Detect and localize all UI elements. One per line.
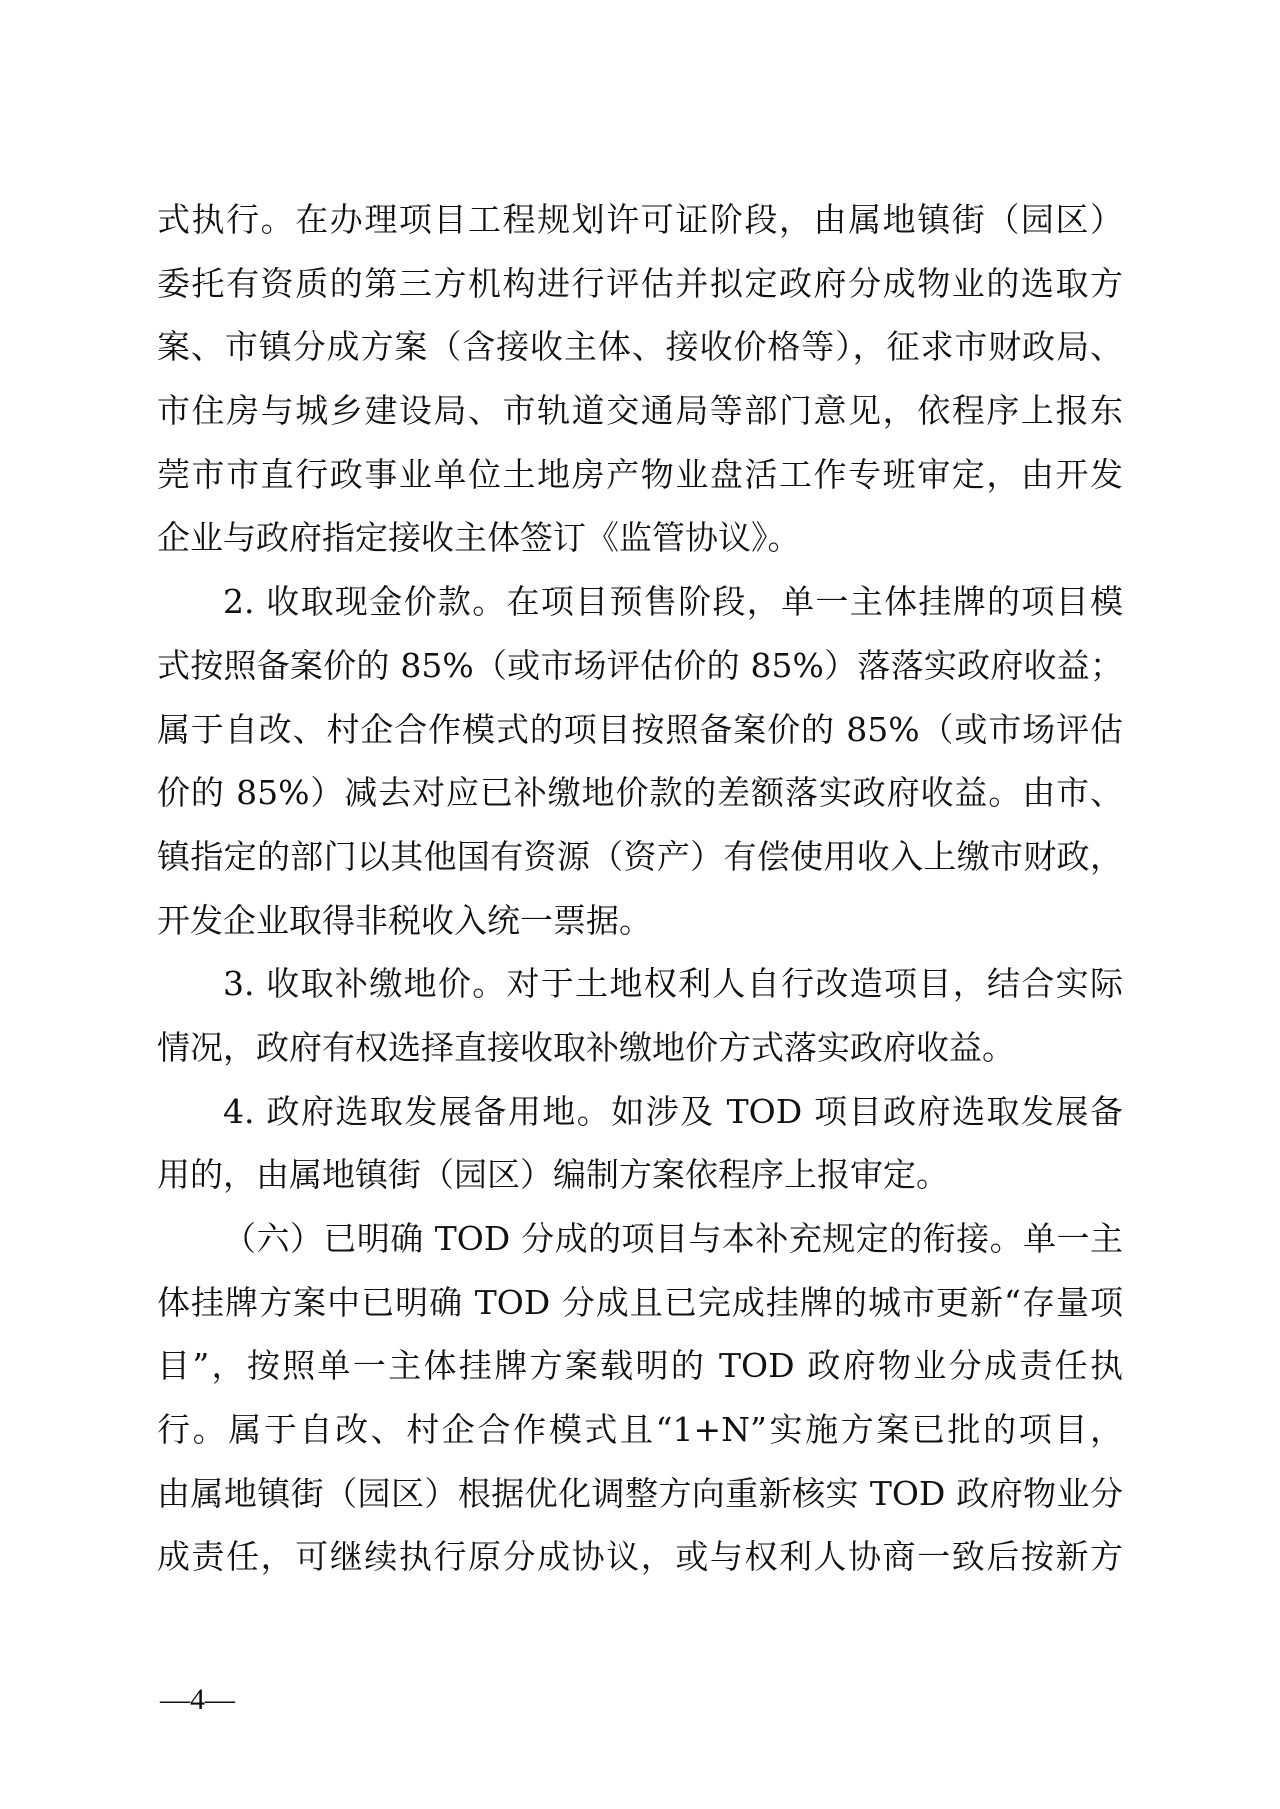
item-2-heading-line: 2. 收取现金价款。在项目预售阶段，单一主体挂牌的项目模 bbox=[157, 570, 1123, 634]
text-line: 镇指定的部门以其他国有资源（资产）有偿使用收入上缴市财政， bbox=[157, 825, 1123, 889]
text-line: 开发企业取得非税收入统一票据。 bbox=[157, 889, 1123, 953]
text-line: 市住房与城乡建设局、市轨道交通局等部门意见，依程序上报东 bbox=[157, 379, 1123, 443]
section-6-heading-line: （六）已明确 TOD 分成的项目与本补充规定的衔接。单一主 bbox=[157, 1207, 1123, 1271]
item-4-heading-line: 4. 政府选取发展备用地。如涉及 TOD 项目政府选取发展备 bbox=[157, 1080, 1123, 1144]
page-number: —4— bbox=[160, 1683, 235, 1717]
text-line: 目”，按照单一主体挂牌方案载明的 TOD 政府物业分成责任执 bbox=[157, 1334, 1123, 1398]
text-line: 企业与政府指定接收主体签订《监管协议》。 bbox=[157, 506, 1123, 570]
text-line: 式按照备案价的 85%（或市场评估价的 85%）落落实政府收益； bbox=[157, 634, 1123, 698]
body-text: 式执行。在办理项目工程规划许可证阶段，由属地镇街（园区） 委托有资质的第三方机构… bbox=[157, 188, 1123, 1589]
text-line: 由属地镇街（园区）根据优化调整方向重新核实 TOD 政府物业分 bbox=[157, 1462, 1123, 1526]
text-line: 式执行。在办理项目工程规划许可证阶段，由属地镇街（园区） bbox=[157, 188, 1123, 252]
text-line: 成责任，可继续执行原分成协议，或与权利人协商一致后按新方 bbox=[157, 1525, 1123, 1589]
text-line: 用的，由属地镇街（园区）编制方案依程序上报审定。 bbox=[157, 1143, 1123, 1207]
document-page: 式执行。在办理项目工程规划许可证阶段，由属地镇街（园区） 委托有资质的第三方机构… bbox=[0, 0, 1280, 1809]
text-line: 行。属于自改、村企合作模式且“1+N”实施方案已批的项目， bbox=[157, 1398, 1123, 1462]
item-3-heading-line: 3. 收取补缴地价。对于土地权利人自行改造项目，结合实际 bbox=[157, 952, 1123, 1016]
text-line: 莞市市直行政事业单位土地房产物业盘活工作专班审定，由开发 bbox=[157, 443, 1123, 507]
text-line: 价的 85%）减去对应已补缴地价款的差额落实政府收益。由市、 bbox=[157, 761, 1123, 825]
text-line: 案、市镇分成方案（含接收主体、接收价格等），征求市财政局、 bbox=[157, 315, 1123, 379]
text-line: 属于自改、村企合作模式的项目按照备案价的 85%（或市场评估 bbox=[157, 698, 1123, 762]
text-line: 情况，政府有权选择直接收取补缴地价方式落实政府收益。 bbox=[157, 1016, 1123, 1080]
text-line: 体挂牌方案中已明确 TOD 分成且已完成挂牌的城市更新“存量项 bbox=[157, 1271, 1123, 1335]
text-line: 委托有资质的第三方机构进行评估并拟定政府分成物业的选取方 bbox=[157, 252, 1123, 316]
